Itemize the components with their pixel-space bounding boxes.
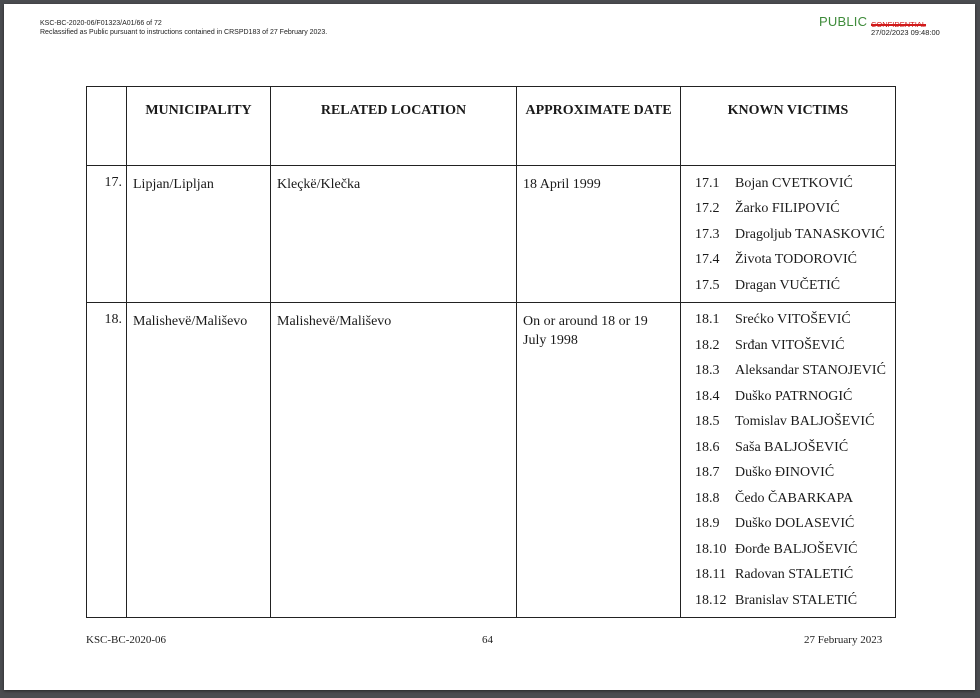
- victim-list-item: 18.1Srećko VITOŠEVIĆ: [695, 308, 889, 334]
- classification-stamp: PUBLIC CONFIDENTIAL 27/02/2023 09:48:00: [819, 13, 867, 31]
- victim-id: 18.4: [695, 389, 735, 405]
- victim-name: Bojan CVETKOVIĆ: [735, 176, 853, 192]
- victim-name: Žarko FILIPOVIĆ: [735, 201, 840, 217]
- victim-name: Srđan VITOŠEVIĆ: [735, 338, 845, 354]
- victim-name: Srećko VITOŠEVIĆ: [735, 312, 851, 328]
- victim-id: 18.1: [695, 312, 735, 328]
- victim-id: 18.3: [695, 363, 735, 379]
- victim-id: 17.4: [695, 252, 735, 268]
- victim-id: 17.1: [695, 176, 735, 192]
- victim-id: 18.12: [695, 593, 735, 609]
- victims-table: MUNICIPALITY RELATED LOCATION APPROXIMAT…: [86, 86, 896, 618]
- victim-id: 18.2: [695, 338, 735, 354]
- victim-name: Đorđe BALJOŠEVIĆ: [735, 542, 858, 558]
- victim-list-item: 18.11Radovan STALETIĆ: [695, 563, 889, 589]
- victim-list-item: 18.2Srđan VITOŠEVIĆ: [695, 333, 889, 359]
- victim-id: 18.8: [695, 491, 735, 507]
- victim-name: Čedo ČABARKAPA: [735, 491, 853, 507]
- classification-timestamp: 27/02/2023 09:48:00: [871, 28, 940, 37]
- reclassification-note: Reclassified as Public pursuant to instr…: [40, 28, 327, 37]
- row-number: 18.: [87, 302, 127, 617]
- victim-id: 18.10: [695, 542, 735, 558]
- victim-name: Duško PATRNOGIĆ: [735, 389, 852, 405]
- victim-list-item: 18.8Čedo ČABARKAPA: [695, 486, 889, 512]
- municipality-cell: Malishevë/Mališevo: [127, 302, 271, 617]
- victim-name: Saša BALJOŠEVIĆ: [735, 440, 848, 456]
- victim-id: 17.2: [695, 201, 735, 217]
- column-header-approximate-date: APPROXIMATE DATE: [517, 87, 681, 166]
- column-header-number: [87, 87, 127, 166]
- table-row: 18.Malishevë/MališevoMalishevë/MališevoO…: [87, 302, 896, 617]
- related-location-cell: Malishevë/Mališevo: [271, 302, 517, 617]
- approximate-date-cell: On or around 18 or 19 July 1998: [517, 302, 681, 617]
- victim-list-item: 17.2Žarko FILIPOVIĆ: [695, 197, 889, 223]
- document-page: KSC-BC-2020-06/F01323/A01/66 of 72 Recla…: [4, 4, 975, 690]
- approximate-date-cell: 18 April 1999: [517, 166, 681, 303]
- victim-id: 18.9: [695, 516, 735, 532]
- victim-list-item: 18.12Branislav STALETIĆ: [695, 588, 889, 614]
- victim-list-item: 18.7Duško ĐINOVIĆ: [695, 461, 889, 487]
- document-header-left: KSC-BC-2020-06/F01323/A01/66 of 72 Recla…: [40, 19, 327, 37]
- footer-page-number: 64: [482, 634, 493, 646]
- municipality-cell: Lipjan/Lipljan: [127, 166, 271, 303]
- victim-list-item: 17.4Života TODOROVIĆ: [695, 248, 889, 274]
- known-victims-cell: 18.1Srećko VITOŠEVIĆ18.2Srđan VITOŠEVIĆ1…: [681, 302, 896, 617]
- victim-list-item: 18.6Saša BALJOŠEVIĆ: [695, 435, 889, 461]
- column-header-related-location: RELATED LOCATION: [271, 87, 517, 166]
- victim-name: Aleksandar STANOJEVIĆ: [735, 363, 886, 379]
- known-victims-cell: 17.1Bojan CVETKOVIĆ17.2Žarko FILIPOVIĆ17…: [681, 166, 896, 303]
- related-location-cell: Kleçkë/Klečka: [271, 166, 517, 303]
- victim-list-item: 17.5Dragan VUČETIĆ: [695, 273, 889, 299]
- victim-list-item: 18.4Duško PATRNOGIĆ: [695, 384, 889, 410]
- footer-date: 27 February 2023: [804, 634, 882, 646]
- victim-list-item: 18.10Đorđe BALJOŠEVIĆ: [695, 537, 889, 563]
- classification-public: PUBLIC: [819, 14, 867, 29]
- victim-name: Dragoljub TANASKOVIĆ: [735, 227, 885, 243]
- footer-case-number: KSC-BC-2020-06: [86, 634, 166, 646]
- victim-list-item: 18.9Duško DOLASEVIĆ: [695, 512, 889, 538]
- victim-name: Radovan STALETIĆ: [735, 567, 853, 583]
- victim-id: 18.11: [695, 567, 735, 583]
- document-reference: KSC-BC-2020-06/F01323/A01/66 of 72: [40, 19, 327, 28]
- victim-name: Duško DOLASEVIĆ: [735, 516, 854, 532]
- victim-id: 17.3: [695, 227, 735, 243]
- row-number: 17.: [87, 166, 127, 303]
- victim-list-item: 18.3Aleksandar STANOJEVIĆ: [695, 359, 889, 385]
- victim-list-item: 17.3Dragoljub TANASKOVIĆ: [695, 222, 889, 248]
- victim-id: 18.6: [695, 440, 735, 456]
- table-row: 17.Lipjan/LipljanKleçkë/Klečka18 April 1…: [87, 166, 896, 303]
- victim-name: Duško ĐINOVIĆ: [735, 465, 834, 481]
- victim-id: 18.5: [695, 414, 735, 430]
- victim-name: Života TODOROVIĆ: [735, 252, 857, 268]
- victim-name: Dragan VUČETIĆ: [735, 278, 840, 294]
- victim-list-item: 17.1Bojan CVETKOVIĆ: [695, 171, 889, 197]
- victim-list-item: 18.5Tomislav BALJOŠEVIĆ: [695, 410, 889, 436]
- victim-id: 17.5: [695, 278, 735, 294]
- victim-name: Branislav STALETIĆ: [735, 593, 857, 609]
- column-header-municipality: MUNICIPALITY: [127, 87, 271, 166]
- table-header-row: MUNICIPALITY RELATED LOCATION APPROXIMAT…: [87, 87, 896, 166]
- column-header-known-victims: KNOWN VICTIMS: [681, 87, 896, 166]
- victim-id: 18.7: [695, 465, 735, 481]
- victim-name: Tomislav BALJOŠEVIĆ: [735, 414, 874, 430]
